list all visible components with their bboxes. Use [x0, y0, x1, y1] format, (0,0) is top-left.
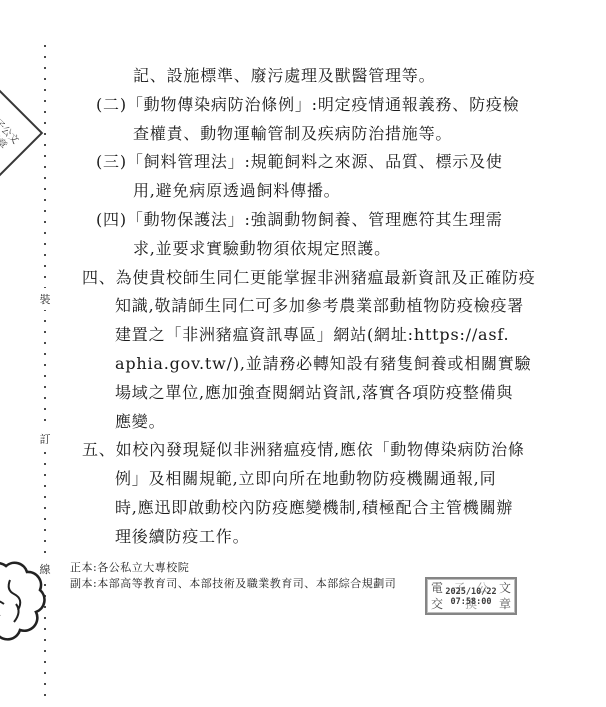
- body-line: (四)「動物保護法」:強調動物飼養、管理應符其生理需: [82, 206, 542, 235]
- body-line: 用,避免病原透過飼料傳播。: [82, 177, 542, 206]
- body-line: 五、如校內發現疑似非洲豬瘟疫情,應依「動物傳染病防治條: [82, 436, 542, 465]
- body-line: (三)「飼料管理法」:規範飼料之來源、品質、標示及使: [82, 148, 542, 177]
- body-line: 理後續防疫工作。: [82, 523, 542, 552]
- body-line: 四、為使貴校師生同仁更能掌握非洲豬瘟最新資訊及正確防疫: [82, 264, 542, 293]
- body-line: 查權責、動物運輸管制及疾病防治措施等。: [82, 120, 542, 149]
- exchange-stamp-time: 07:58:00: [427, 598, 515, 608]
- exchange-stamp-datetime: 2025/10/22 07:58:00: [427, 588, 515, 607]
- distribution-block: 正本:各公私立大專校院 副本:本部高等教育司、本部技術及職業教育司、本部綜合規劃…: [70, 560, 396, 592]
- distribution-copy: 副本:本部高等教育司、本部技術及職業教育司、本部綜合規劃司: [70, 576, 396, 592]
- body-line: 記、設施標準、廢污處理及獸醫管理等。: [82, 62, 542, 91]
- binding-char-zhuang: 裝: [34, 288, 56, 310]
- body-line: 時,應迅即啟動校內防疫應變機制,積極配合主管機關辦: [82, 494, 542, 523]
- body-line: aphia.gov.tw/),並請務必轉知設有豬隻飼養或相關實驗: [82, 350, 542, 379]
- body-text: 記、設施標準、廢污處理及獸醫管理等。(二)「動物傳染病防治條例」:明定疫情通報義…: [82, 62, 542, 552]
- page-crossing-stamp: 電子公文 騎縫章: [0, 88, 43, 179]
- body-line: 應變。: [82, 408, 542, 437]
- binding-char-ding: 訂: [34, 428, 56, 450]
- official-seal-stamp: [0, 560, 48, 644]
- body-line: 建置之「非洲豬瘟資訊專區」網站(網址:https://asf.: [82, 321, 542, 350]
- body-line: 例」及相關規範,立即向所在地動物防疫機關通報,同: [82, 465, 542, 494]
- body-line: (二)「動物傳染病防治條例」:明定疫情通報義務、防疫檢: [82, 91, 542, 120]
- body-line: 求,並要求實驗動物須依規定照護。: [82, 235, 542, 264]
- body-line: 知識,敬請師生同仁可多加參考農業部動植物防疫檢疫署: [82, 292, 542, 321]
- body-line: 場域之單位,應加強查閱網站資訊,落實各項防疫整備與: [82, 379, 542, 408]
- distribution-original: 正本:各公私立大專校院: [70, 560, 396, 576]
- document-page: { "document": { "ink_color": "#1a1a1a", …: [0, 0, 606, 707]
- exchange-stamp: 電 子 公 文 交 換 章 2025/10/22 07:58:00: [425, 577, 517, 615]
